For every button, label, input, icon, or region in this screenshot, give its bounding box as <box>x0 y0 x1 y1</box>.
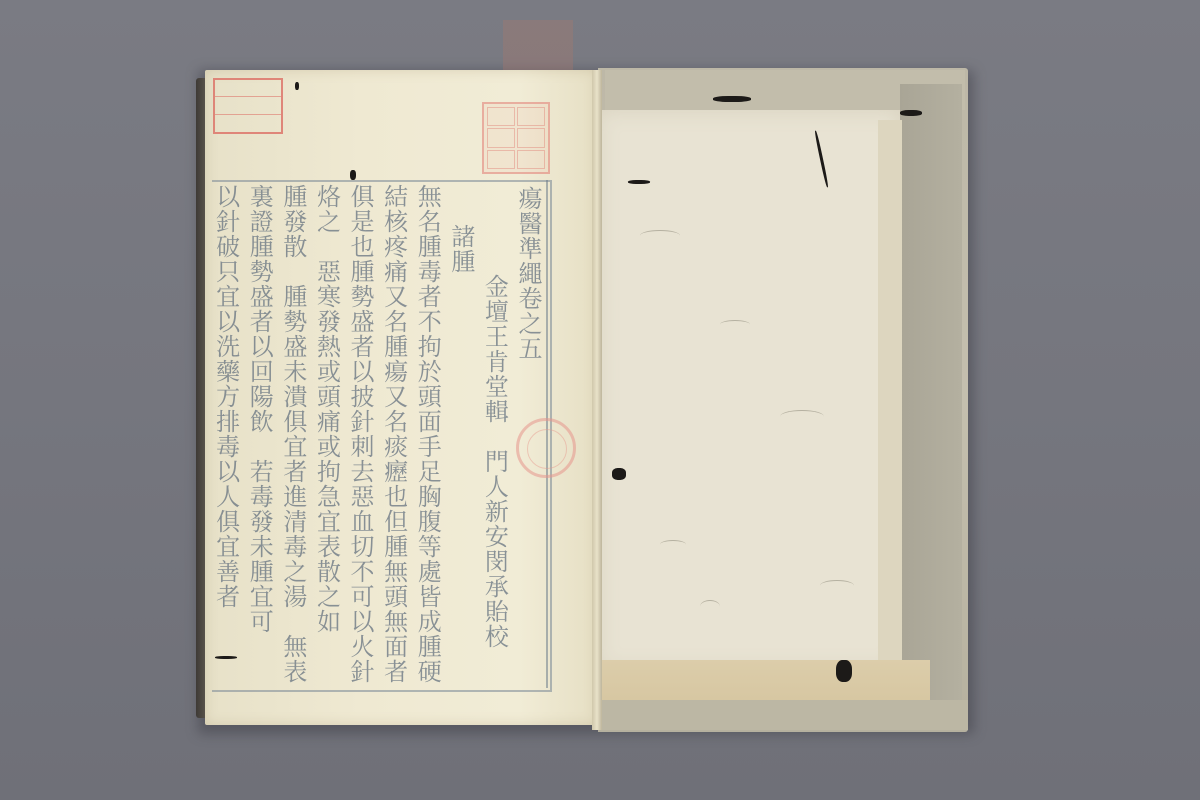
wormhole <box>628 180 650 184</box>
wormhole <box>836 660 852 682</box>
wormhole <box>215 656 237 659</box>
paper-fiber <box>700 600 720 613</box>
bottom-repair-tape <box>600 660 930 705</box>
body-column: 無名腫毒者不拘於頭面手足胸腹等處皆成腫硬 <box>414 184 448 684</box>
body-column: 結核疼痛又名腫瘍又名痰癧也但腫無頭無面者 <box>380 184 414 684</box>
paper-fiber <box>660 540 686 549</box>
body-column: 裏證腫勢盛者以回陽飲 若毒發未腫宜可 <box>246 184 280 684</box>
round-seal <box>516 418 576 478</box>
body-column: 烙之 惡寒發熱或頭痛或拘急宜表散之如 <box>313 184 347 684</box>
wormhole <box>350 170 356 180</box>
cover-right-flap <box>900 84 962 700</box>
right-endpaper <box>598 110 900 670</box>
paper-fiber <box>780 410 824 423</box>
body-column: 俱是也腫勢盛者以披針刺去惡血切不可以火針 <box>346 184 380 684</box>
cover-bottom-band <box>600 700 968 730</box>
section-heading: 諸腫 <box>447 184 481 724</box>
paper-fiber <box>820 580 854 591</box>
spine-gutter <box>592 70 602 730</box>
seal-ghost-above-book <box>503 20 573 74</box>
paper-fiber <box>720 320 750 329</box>
wormhole <box>295 82 299 90</box>
square-library-seal <box>482 102 550 174</box>
body-column: 以針破只宜以洗藥方排毒以人俱宜善者 <box>212 184 246 684</box>
endpaper-repair-strip <box>878 120 902 680</box>
body-column: 腫發散 腫勢盛未潰俱宜者進清毒之湯 無表 <box>279 184 313 684</box>
paper-fiber <box>640 230 680 241</box>
compiler-line: 金壇王肯堂輯 門人新安閔承貽校 <box>481 184 515 774</box>
text-columns: 瘍醫準繩卷之五 金壇王肯堂輯 門人新安閔承貽校 諸腫 無名腫毒者不拘於頭面手足胸… <box>212 184 548 684</box>
wormhole <box>612 468 626 480</box>
rectangular-collector-seal <box>213 78 283 134</box>
open-book: 瘍醫準繩卷之五 金壇王肯堂輯 門人新安閔承貽校 諸腫 無名腫毒者不拘於頭面手足胸… <box>0 0 1200 800</box>
wormhole <box>713 96 751 102</box>
wormhole <box>900 110 922 116</box>
